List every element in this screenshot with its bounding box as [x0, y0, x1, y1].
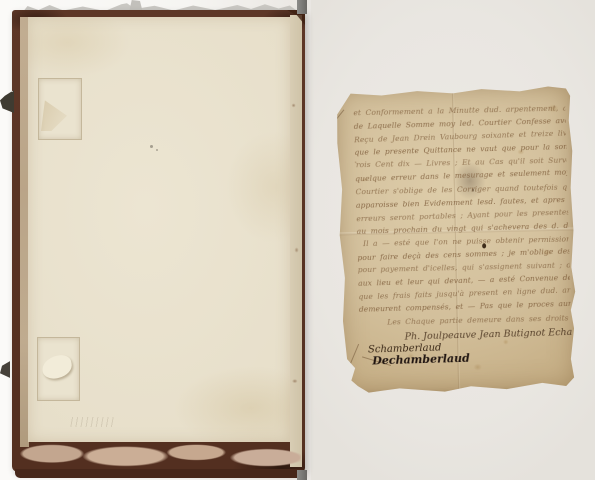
handwritten-text-block: et Conformement a la Minutte dud. arpent… [353, 101, 573, 391]
bottom-leather-edge [15, 469, 303, 478]
left-photo-panel [0, 0, 311, 480]
label-remnant-top [38, 78, 82, 140]
archival-scan: et Conformement a la Minutte dud. arpent… [0, 0, 595, 480]
fore-edge-turnin [290, 15, 302, 467]
cradle-clamp-top [297, 0, 307, 14]
worn-leather-band [18, 442, 301, 468]
torn-lining-tab [128, 0, 143, 10]
label-remnant-bottom [37, 337, 80, 401]
leather-tie-upper [0, 90, 14, 113]
right-photo-panel: et Conformement a la Minutte dud. arpent… [311, 0, 595, 480]
cradle-clamp-bottom [297, 470, 307, 480]
manuscript-page: et Conformement a la Minutte dud. arpent… [334, 84, 578, 395]
ink-speck [156, 149, 158, 151]
pastedown-paper [28, 17, 290, 442]
book-inside-cover [12, 10, 305, 472]
curled-paper-flap [40, 353, 74, 381]
faint-pencil-scribble [68, 417, 114, 427]
ink-speck [150, 145, 153, 148]
leather-tie-lower [0, 360, 10, 379]
